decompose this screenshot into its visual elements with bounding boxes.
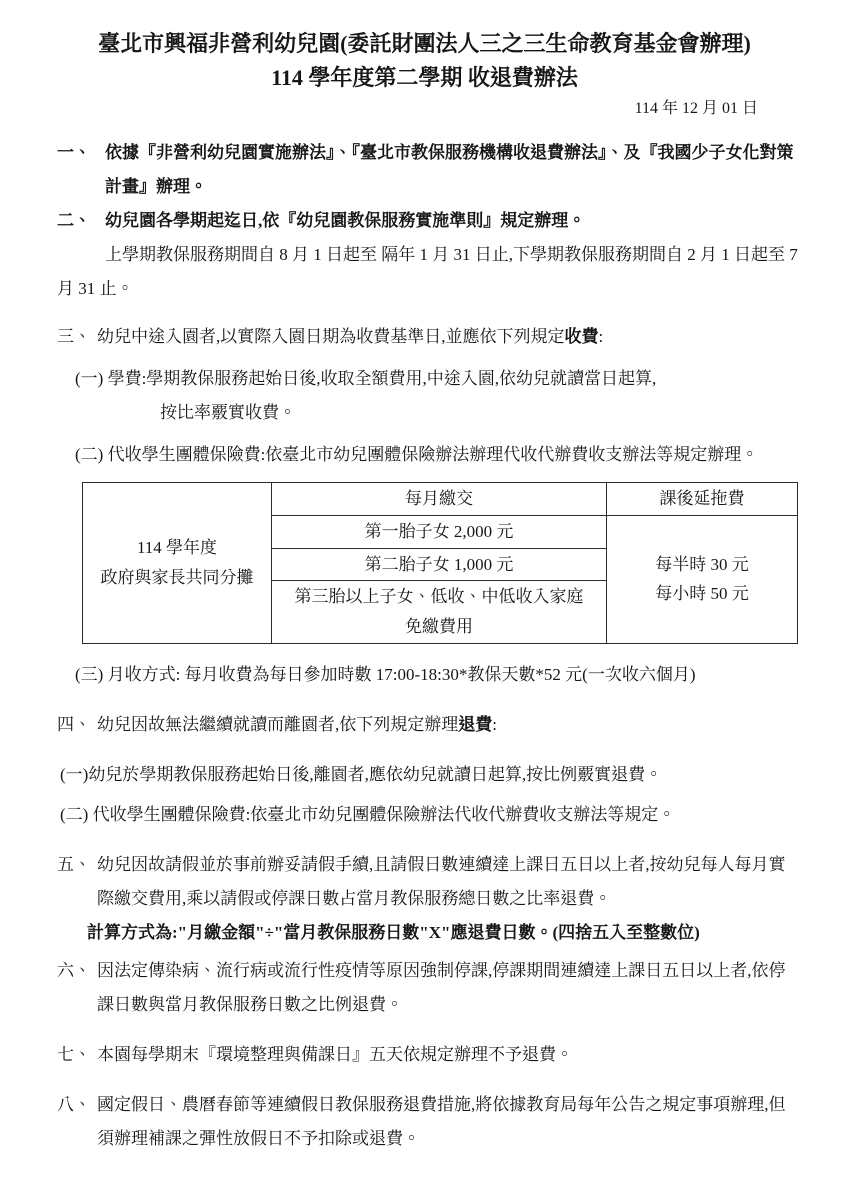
fee-table-cell-monthly-header: 每月繳交 [272, 483, 607, 516]
item-3-text-post: : [599, 327, 604, 346]
fee-table-cell-afterschool-rates: 每半時 30 元 每小時 50 元 [607, 515, 798, 643]
item-2-number: 二、 [57, 204, 105, 238]
item-3-sub-2-number: (二) [75, 445, 108, 464]
item-3-sub-1-text: 學費:學期教保服務起始日後,收取全額費用,中途入園,依幼兒就讀當日起算, [108, 369, 657, 388]
fee-table-rate-halfhour: 每半時 30 元 [655, 555, 749, 574]
item-5-text: 幼兒因故請假並於事前辦妥請假手續,且請假日數連續達上課日五日以上者,按幼兒每人每… [97, 848, 799, 916]
item-3-number: 三、 [57, 320, 97, 354]
fee-table: 114 學年度 政府與家長共同分攤 每月繳交 課後延拖費 第一胎子女 2,000… [82, 482, 798, 644]
item-6-number: 六、 [57, 954, 97, 1022]
item-7-number: 七、 [57, 1038, 97, 1072]
item-3-sub-3: (三) 月收方式: 每月收費為每日參加時數 17:00-18:30*教保天數*5… [75, 658, 849, 692]
item-1-text: 依據『非營利幼兒園實施辦法』、『臺北市教保服務機構收退費辦法』、及『我國少子女化… [105, 136, 799, 204]
item-6-text: 因法定傳染病、流行病或流行性疫情等原因強制停課,停課期間連續達上課日五日以上者,… [97, 954, 799, 1022]
fee-table-year-line1: 114 學年度 [137, 538, 217, 557]
item-4-sub-2-text: 代收學生團體保險費:依臺北市幼兒團體保險辦法代收代辦費收支辦法等規定。 [93, 805, 676, 824]
item-1-number: 一、 [57, 136, 105, 204]
fee-table-third-child-line1: 第三胎以上子女、低收、中低收入家庭 [295, 587, 584, 606]
item-4-sub-1-text: 幼兒於學期教保服務起始日後,離園者,應依幼兒就讀日起算,按比例覈實退費。 [88, 765, 662, 784]
item-3-sub-2-text: 代收學生團體保險費:依臺北市幼兒團體保險辦法辦理代收代辦費收支辦法等規定辦理。 [108, 445, 759, 464]
item-2-text: 幼兒園各學期起迄日,依『幼兒園教保服務實施準則』規定辦理。 [105, 204, 799, 238]
document-page: 臺北市興福非營利幼兒園(委託財團法人三之三生命教育基金會辦理) 114 學年度第… [0, 0, 849, 1200]
item-4-sub-2: (二) 代收學生團體保險費:依臺北市幼兒團體保險辦法代收代辦費收支辦法等規定。 [60, 798, 849, 832]
item-8-number: 八、 [57, 1088, 97, 1156]
item-3-sub-2: (二) 代收學生團體保險費:依臺北市幼兒團體保險辦法辦理代收代辦費收支辦法等規定… [75, 438, 849, 472]
fee-table-cell-first-child: 第一胎子女 2,000 元 [272, 515, 607, 548]
fee-table-cell-afterschool-header: 課後延拖費 [607, 483, 798, 516]
item-4-text-post: : [492, 715, 497, 734]
item-4-sub-1-number: (一) [60, 765, 88, 784]
item-8: 八、 國定假日、農曆春節等連續假日教保服務退費措施,將依據教育局每年公告之規定事… [57, 1088, 849, 1156]
item-7: 七、 本園每學期末『環境整理與備課日』五天依規定辦理不予退費。 [57, 1038, 849, 1072]
item-2: 二、 幼兒園各學期起迄日,依『幼兒園教保服務實施準則』規定辦理。 [57, 204, 849, 238]
item-8-text: 國定假日、農曆春節等連續假日教保服務退費措施,將依據教育局每年公告之規定事項辦理… [97, 1088, 799, 1156]
item-3-sub-1-text-line2: 按比率覈實收費。 [160, 403, 296, 422]
item-3-sub-1-number: (一) [75, 369, 108, 388]
item-3: 三、 幼兒中途入園者,以實際入園日期為收費基準日,並應依下列規定收費: [57, 320, 849, 354]
document-subtitle: 114 學年度第二學期 收退費辦法 [40, 62, 809, 94]
fee-table-row-header: 114 學年度 政府與家長共同分攤 每月繳交 課後延拖費 [83, 483, 798, 516]
item-3-text-bold: 收費 [565, 327, 599, 346]
item-4-text-bold: 退費 [458, 715, 492, 734]
item-4-number: 四、 [57, 708, 97, 742]
item-3-text-pre: 幼兒中途入園者,以實際入園日期為收費基準日,並應依下列規定 [97, 327, 565, 346]
item-4-sub-2-number: (二) [60, 805, 93, 824]
item-4-text: 幼兒因故無法繼續就讀而離園者,依下列規定辦理退費: [97, 708, 799, 742]
item-3-sub-3-number: (三) [75, 665, 108, 684]
item-1: 一、 依據『非營利幼兒園實施辦法』、『臺北市教保服務機構收退費辦法』、及『我國少… [57, 136, 849, 204]
item-5-number: 五、 [57, 848, 97, 916]
item-5: 五、 幼兒因故請假並於事前辦妥請假手續,且請假日數連續達上課日五日以上者,按幼兒… [57, 848, 849, 916]
item-4-text-pre: 幼兒因故無法繼續就讀而離園者,依下列規定辦理 [97, 715, 458, 734]
item-3-text: 幼兒中途入園者,以實際入園日期為收費基準日,並應依下列規定收費: [97, 320, 799, 354]
document-title: 臺北市興福非營利幼兒園(委託財團法人三之三生命教育基金會辦理) [40, 28, 809, 60]
item-2-note: 上學期教保服務期間自 8 月 1 日起至 隔年 1 月 31 日止,下學期教保服… [57, 238, 849, 306]
item-6: 六、 因法定傳染病、流行病或流行性疫情等原因強制停課,停課期間連續達上課日五日以… [57, 954, 849, 1022]
item-3-sub-3-text: 月收方式: 每月收費為每日參加時數 17:00-18:30*教保天數*52 元(… [108, 665, 696, 684]
item-3-sub-1: (一) 學費:學期教保服務起始日後,收取全額費用,中途入園,依幼兒就讀當日起算,… [75, 362, 849, 430]
fee-table-third-child-line2: 免繳費用 [405, 617, 473, 636]
fee-table-rate-hour: 每小時 50 元 [655, 584, 749, 603]
item-4: 四、 幼兒因故無法繼續就讀而離園者,依下列規定辦理退費: [57, 708, 849, 742]
fee-table-cell-third-child: 第三胎以上子女、低收、中低收入家庭 免繳費用 [272, 581, 607, 644]
fee-table-cell-second-child: 第二胎子女 1,000 元 [272, 548, 607, 581]
fee-table-year-line2: 政府與家長共同分攤 [101, 568, 254, 587]
item-7-text: 本園每學期末『環境整理與備課日』五天依規定辦理不予退費。 [97, 1038, 799, 1072]
item-5-formula: 計算方式為:"月繳金額"÷"當月教保服務日數"X"應退費日數。(四捨五入至整數位… [87, 916, 849, 950]
document-date: 114 年 12 月 01 日 [0, 98, 758, 120]
fee-table-cell-year: 114 學年度 政府與家長共同分攤 [83, 483, 272, 644]
item-4-sub-1: (一)幼兒於學期教保服務起始日後,離園者,應依幼兒就讀日起算,按比例覈實退費。 [60, 758, 849, 792]
